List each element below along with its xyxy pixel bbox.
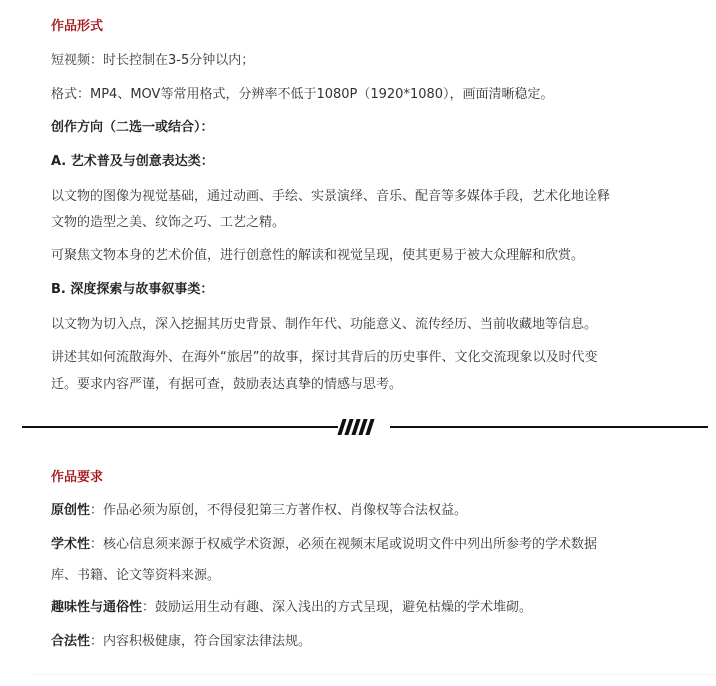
requirement-label: 合法性 — [51, 634, 90, 649]
requirement-fun: 趣味性与通俗性：鼓励运用生动有趣、深入浅出的方式呈现，避免枯燥的学术堆砌。 — [51, 598, 532, 618]
direction-heading: 创作方向（二选一或结合）： — [51, 118, 214, 138]
format-duration: 短视频：时长控制在3-5分钟以内； — [51, 51, 254, 71]
category-a-para1-line1: 以文物的图像为视觉基础，通过动画、手绘、实景演绎、音乐、配音等多媒体手段，艺术化… — [51, 187, 610, 207]
category-b-para2-line1: 讲述其如何流散海外、在海外“旅居”的故事，探讨其背后的历史事件、文化交流现象以及… — [51, 348, 597, 368]
section-divider — [22, 417, 716, 437]
requirement-text: 鼓励运用生动有趣、深入浅出的方式呈现，避免枯燥的学术堆砌。 — [155, 600, 532, 615]
requirement-label: 原创性 — [51, 503, 90, 518]
requirement-label: 学术性 — [51, 537, 90, 552]
requirement-originality: 原创性：作品必须为原创，不得侵犯第三方著作权、肖像权等合法权益。 — [51, 501, 467, 521]
slash-stripes-icon — [340, 419, 384, 435]
category-a-para1-line2: 文物的造型之美、纹饰之巧、工艺之精。 — [51, 213, 285, 233]
format-spec: 格式：MP4、MOV等常用格式，分辨率不低于1080P（1920*1080），画… — [51, 85, 554, 105]
requirement-academic: 学术性：核心信息须来源于权威学术资源，必须在视频末尾或说明文件中列出所参考的学术… — [51, 535, 597, 555]
requirement-text: 核心信息须来源于权威学术资源，必须在视频末尾或说明文件中列出所参考的学术数据 — [103, 537, 597, 552]
requirement-academic-cont: 库、书籍、论文等资料来源。 — [51, 566, 220, 586]
bottom-rule — [31, 674, 716, 675]
section-title-work-format: 作品形式 — [51, 17, 103, 37]
category-a-title: A. 艺术普及与创意表达类： — [51, 152, 214, 172]
category-b-para2-line2: 迁。要求内容严谨，有据可查，鼓励表达真挚的情感与思考。 — [51, 375, 402, 395]
divider-line-right — [390, 426, 708, 428]
requirement-label: 趣味性与通俗性 — [51, 600, 142, 615]
requirement-text: 作品必须为原创，不得侵犯第三方著作权、肖像权等合法权益。 — [103, 503, 467, 518]
requirement-legality: 合法性：内容积极健康，符合国家法律法规。 — [51, 632, 311, 652]
category-b-para1: 以文物为切入点，深入挖掘其历史背景、制作年代、功能意义、流传经历、当前收藏地等信… — [51, 315, 597, 335]
category-b-title: B. 深度探索与故事叙事类： — [51, 280, 213, 300]
requirement-text: 内容积极健康，符合国家法律法规。 — [103, 634, 311, 649]
section-title-work-requirements: 作品要求 — [51, 468, 103, 488]
divider-line-left — [22, 426, 338, 428]
category-a-para2: 可聚焦文物本身的艺术价值，进行创意性的解读和视觉呈现，使其更易于被大众理解和欣赏… — [51, 246, 584, 266]
